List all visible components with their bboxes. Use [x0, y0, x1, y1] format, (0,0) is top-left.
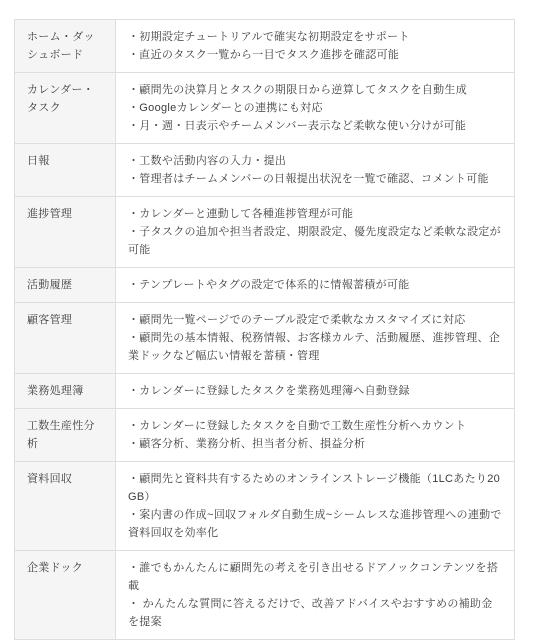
feature-details-cell: ・顧問先一覧ページでのテーブル設定で柔軟なカスタマイズに対応・顧問先の基本情報、… — [116, 303, 515, 374]
feature-detail-item: ・カレンダーに登録したタスクを業務処理簿へ自動登録 — [128, 382, 502, 400]
feature-detail-item: ・ かんたんな質問に答えるだけで、改善アドバイスやおすすめの補助金を提案 — [128, 595, 502, 631]
feature-details-cell: ・初期設定チュートリアルで確実な初期設定をサポート・直近のタスク一覧から一目でタ… — [116, 20, 515, 73]
feature-name-cell: 活動履歴 — [15, 268, 116, 303]
feature-detail-item: ・子タスクの追加や担当者設定、期限設定、優先度設定など柔軟な設定が可能 — [128, 223, 502, 259]
feature-detail-item: ・テンプレートやタグの設定で体系的に情報蓄積が可能 — [128, 276, 502, 294]
table-row: 工数生産性分析・カレンダーに登録したタスクを自動で工数生産性分析へカウント・顧客… — [15, 409, 515, 462]
feature-name-cell: 顧客管理 — [15, 303, 116, 374]
feature-detail-item: ・顧問先と資料共有するためのオンラインストレージ機能（1LCあたり20GB） — [128, 470, 502, 506]
feature-detail-item: ・顧問先の決算月とタスクの期限日から逆算してタスクを自動生成 — [128, 81, 502, 99]
feature-name-cell: ホーム・ダッシュボード — [15, 20, 116, 73]
feature-table-body: ホーム・ダッシュボード・初期設定チュートリアルで確実な初期設定をサポート・直近の… — [15, 20, 515, 640]
table-row: カレンダー・タスク・顧問先の決算月とタスクの期限日から逆算してタスクを自動生成・… — [15, 73, 515, 144]
table-row: 進捗管理・カレンダーと連動して各種進捗管理が可能・子タスクの追加や担当者設定、期… — [15, 197, 515, 268]
feature-details-cell: ・カレンダーと連動して各種進捗管理が可能・子タスクの追加や担当者設定、期限設定、… — [116, 197, 515, 268]
table-row: 顧客管理・顧問先一覧ページでのテーブル設定で柔軟なカスタマイズに対応・顧問先の基… — [15, 303, 515, 374]
feature-table-page: ホーム・ダッシュボード・初期設定チュートリアルで確実な初期設定をサポート・直近の… — [0, 0, 538, 640]
table-row: 資料回収・顧問先と資料共有するためのオンラインストレージ機能（1LCあたり20G… — [15, 462, 515, 551]
feature-name-cell: 業務処理簿 — [15, 374, 116, 409]
feature-detail-item: ・Googleカレンダーとの連携にも対応 — [128, 99, 502, 117]
feature-detail-item: ・誰でもかんたんに顧問先の考えを引き出せるドアノックコンテンツを搭載 — [128, 559, 502, 595]
feature-details-cell: ・カレンダーに登録したタスクを業務処理簿へ自動登録 — [116, 374, 515, 409]
feature-name-cell: カレンダー・タスク — [15, 73, 116, 144]
feature-details-cell: ・テンプレートやタグの設定で体系的に情報蓄積が可能 — [116, 268, 515, 303]
feature-detail-item: ・月・週・日表示やチームメンバー表示など柔軟な使い分けが可能 — [128, 117, 502, 135]
table-row: 日報・工数や活動内容の入力・提出・管理者はチームメンバーの日報提出状況を一覧で確… — [15, 144, 515, 197]
feature-details-cell: ・誰でもかんたんに顧問先の考えを引き出せるドアノックコンテンツを搭載・ かんたん… — [116, 551, 515, 640]
feature-details-cell: ・顧問先と資料共有するためのオンラインストレージ機能（1LCあたり20GB）・案… — [116, 462, 515, 551]
feature-detail-item: ・案内書の作成~回収フォルダ自動生成~シームレスな進捗管理への連動で資料回収を効… — [128, 506, 502, 542]
feature-table: ホーム・ダッシュボード・初期設定チュートリアルで確実な初期設定をサポート・直近の… — [14, 19, 515, 640]
feature-detail-item: ・カレンダーに登録したタスクを自動で工数生産性分析へカウント — [128, 417, 502, 435]
feature-name-cell: 進捗管理 — [15, 197, 116, 268]
table-row: 業務処理簿・カレンダーに登録したタスクを業務処理簿へ自動登録 — [15, 374, 515, 409]
table-row: ホーム・ダッシュボード・初期設定チュートリアルで確実な初期設定をサポート・直近の… — [15, 20, 515, 73]
feature-name-cell: 日報 — [15, 144, 116, 197]
feature-name-cell: 資料回収 — [15, 462, 116, 551]
feature-details-cell: ・顧問先の決算月とタスクの期限日から逆算してタスクを自動生成・Googleカレン… — [116, 73, 515, 144]
feature-detail-item: ・管理者はチームメンバーの日報提出状況を一覧で確認、コメント可能 — [128, 170, 502, 188]
feature-name-cell: 工数生産性分析 — [15, 409, 116, 462]
feature-name-cell: 企業ドック — [15, 551, 116, 640]
feature-details-cell: ・工数や活動内容の入力・提出・管理者はチームメンバーの日報提出状況を一覧で確認、… — [116, 144, 515, 197]
feature-detail-item: ・カレンダーと連動して各種進捗管理が可能 — [128, 205, 502, 223]
feature-details-cell: ・カレンダーに登録したタスクを自動で工数生産性分析へカウント・顧客分析、業務分析… — [116, 409, 515, 462]
table-row: 活動履歴・テンプレートやタグの設定で体系的に情報蓄積が可能 — [15, 268, 515, 303]
feature-detail-item: ・工数や活動内容の入力・提出 — [128, 152, 502, 170]
feature-detail-item: ・直近のタスク一覧から一目でタスク進捗を確認可能 — [128, 46, 502, 64]
feature-detail-item: ・初期設定チュートリアルで確実な初期設定をサポート — [128, 28, 502, 46]
feature-detail-item: ・顧客分析、業務分析、担当者分析、損益分析 — [128, 435, 502, 453]
feature-detail-item: ・顧問先の基本情報、税務情報、お客様カルテ、活動履歴、進捗管理、企業ドックなど幅… — [128, 329, 502, 365]
table-row: 企業ドック・誰でもかんたんに顧問先の考えを引き出せるドアノックコンテンツを搭載・… — [15, 551, 515, 640]
feature-detail-item: ・顧問先一覧ページでのテーブル設定で柔軟なカスタマイズに対応 — [128, 311, 502, 329]
